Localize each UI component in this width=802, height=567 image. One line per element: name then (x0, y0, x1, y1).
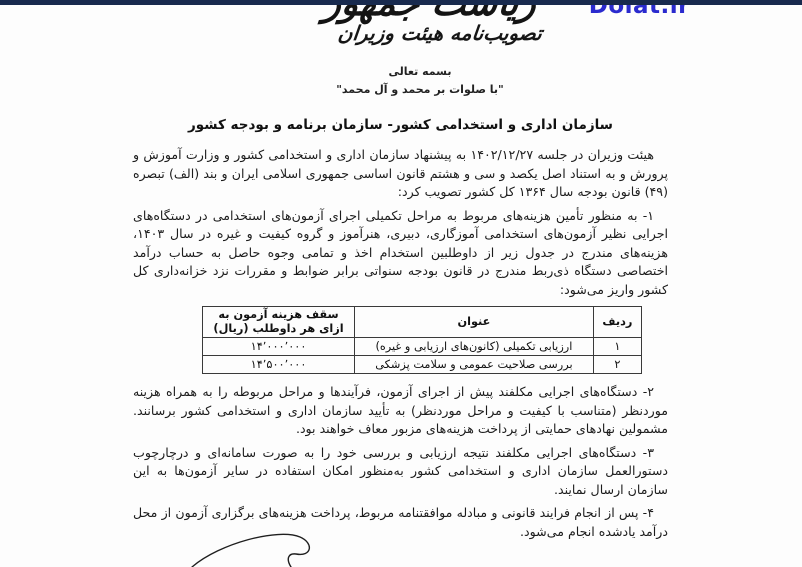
cell-row-number: ۱ (593, 338, 641, 356)
cell-fee: ۱۴٬۰۰۰٬۰۰۰ (203, 338, 355, 356)
salawat-line: "با صلوات بر محمد و آل محمد" (40, 83, 800, 96)
clause-1: ۱- به منظور تأمین هزینه‌های مربوط به مرا… (133, 207, 668, 300)
header-radif: ردیف (593, 307, 641, 338)
header-saqf-hazineh: سقف هزینه آزمون به ازای هر داوطلب (ریال) (203, 307, 355, 338)
table-row: ۲ بررسی صلاحیت عمومی و سلامت پزشکی ۱۴٬۵۰… (203, 356, 642, 374)
clause-3: ۳- دستگاه‌های اجرایی مکلفند نتیجه ارزیاب… (133, 444, 668, 500)
header-onvan: عنوان (355, 307, 594, 338)
top-navy-bar (0, 0, 802, 5)
signature-scribble (190, 527, 330, 567)
letterhead-calligraphy-subtitle: تصویب‌نامه هیئت وزیران (89, 21, 792, 45)
cell-title: بررسی صلاحیت عمومی و سلامت پزشکی (355, 356, 594, 374)
cell-row-number: ۲ (593, 356, 641, 374)
addressee-title: سازمان اداری و استخدامی کشور- سازمان برن… (133, 117, 668, 133)
table-row: ۱ ارزیابی تکمیلی (کانون‌های ارزیابی و غی… (203, 338, 642, 356)
cell-title: ارزیابی تکمیلی (کانون‌های ارزیابی و غیره… (355, 338, 594, 356)
clause-2: ۲- دستگاه‌های اجرایی مکلفند پیش از اجرای… (133, 383, 668, 439)
fee-table-header-row: ردیف عنوان سقف هزینه آزمون به ازای هر دا… (203, 307, 642, 338)
intro-paragraph: هیئت وزیران در جلسه ۱۴۰۲/۱۲/۲۷ به پیشنها… (133, 146, 668, 202)
decree-body: هیئت وزیران در جلسه ۱۴۰۲/۱۲/۲۷ به پیشنها… (133, 146, 668, 546)
scanned-decree-page: { "page": { "top_bar_color": "#182a4e", … (0, 0, 802, 567)
fee-table: ردیف عنوان سقف هزینه آزمون به ازای هر دا… (202, 306, 642, 374)
cell-fee: ۱۴٬۵۰۰٬۰۰۰ (203, 356, 355, 374)
besmeleh-line: بسمه تعالی (40, 65, 800, 78)
